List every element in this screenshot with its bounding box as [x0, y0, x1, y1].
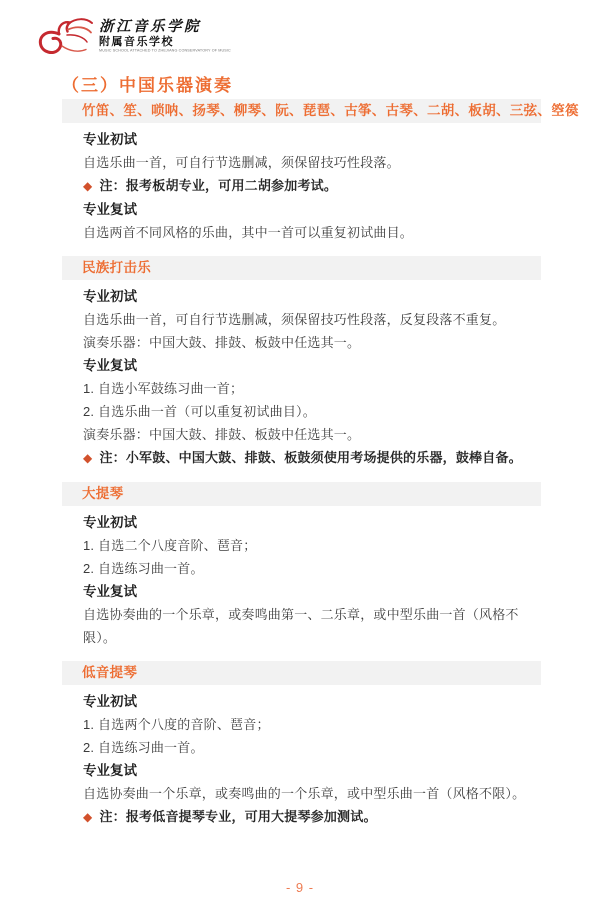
exam-requirement: 1. 自选小军鼓练习曲一首；: [83, 377, 541, 400]
section-folk-percussion: 民族打击乐 专业初试 自选乐曲一首，可自行节选删减，须保留技巧性段落，反复段落不…: [62, 256, 541, 470]
exam-round-heading: 专业初试: [83, 511, 541, 534]
exam-note: ◆注：报考低音提琴专业，可用大提琴参加测试。: [83, 805, 541, 829]
section-header-bar: 大提琴: [62, 482, 541, 506]
school-name-cn: 浙江音乐学院: [99, 18, 312, 35]
exam-requirement: 2. 自选练习曲一首。: [83, 557, 541, 580]
section-body: 专业初试 自选乐曲一首，可自行节选删减，须保留技巧性段落。 ◆注：报考板胡专业，…: [62, 123, 541, 244]
section-cello: 大提琴 专业初试 1. 自选二个八度音阶、琶音； 2. 自选练习曲一首。 专业复…: [62, 482, 541, 649]
section-header-bar: 竹笛、笙、唢呐、扬琴、柳琴、阮、琵琶、古筝、古琴、二胡、板胡、三弦、箜篌: [62, 99, 541, 123]
exam-round-heading: 专业复试: [83, 198, 541, 221]
section-header-label: 大提琴: [82, 486, 123, 501]
section-header-bar: 低音提琴: [62, 661, 541, 685]
exam-note: ◆注：报考板胡专业，可用二胡参加考试。: [83, 174, 541, 198]
section-body: 专业初试 1. 自选两个八度的音阶、琶音； 2. 自选练习曲一首。 专业复试 自…: [62, 685, 541, 829]
exam-note: ◆注：小军鼓、中国大鼓、排鼓、板鼓须使用考场提供的乐器，鼓棒自备。: [83, 446, 541, 470]
document-page: { "logo": { "school_name": "浙江音乐学院", "sc…: [0, 0, 600, 923]
diamond-bullet-icon: ◆: [83, 451, 92, 465]
exam-round-heading: 专业初试: [83, 285, 541, 308]
exam-round-heading: 专业初试: [83, 690, 541, 713]
exam-requirement: 自选协奏曲的一个乐章，或奏鸣曲第一、二乐章，或中型乐曲一首（风格不限）。: [83, 603, 541, 649]
section-body: 专业初试 自选乐曲一首，可自行节选删减，须保留技巧性段落，反复段落不重复。 演奏…: [62, 280, 541, 470]
section-double-bass: 低音提琴 专业初试 1. 自选两个八度的音阶、琶音； 2. 自选练习曲一首。 专…: [62, 661, 541, 829]
exam-round-heading: 专业复试: [83, 354, 541, 377]
diamond-bullet-icon: ◆: [83, 810, 92, 824]
page-title: （三）中国乐器演奏: [62, 76, 541, 95]
exam-requirement: 自选乐曲一首，可自行节选删减，须保留技巧性段落。: [83, 151, 541, 174]
exam-requirement: 演奏乐器：中国大鼓、排鼓、板鼓中任选其一。: [83, 331, 541, 354]
section-header-bar: 民族打击乐: [62, 256, 541, 280]
exam-round-heading: 专业复试: [83, 759, 541, 782]
phoenix-logo-icon: [33, 13, 95, 59]
exam-requirement: 1. 自选两个八度的音阶、琶音；: [83, 713, 541, 736]
section-header-label: 低音提琴: [82, 665, 137, 680]
note-text: 注：报考低音提琴专业，可用大提琴参加测试。: [99, 809, 376, 824]
logo-text-block: 浙江音乐学院 附属音乐学校 MUSIC SCHOOL ATTACHED TO Z…: [99, 18, 312, 55]
exam-requirement: 自选协奏曲一个乐章，或奏鸣曲的一个乐章，或中型乐曲一首（风格不限）。: [83, 782, 541, 805]
note-text: 注：小军鼓、中国大鼓、排鼓、板鼓须使用考场提供的乐器，鼓棒自备。: [99, 450, 521, 465]
school-logo: 浙江音乐学院 附属音乐学校 MUSIC SCHOOL ATTACHED TO Z…: [33, 13, 312, 59]
exam-requirement: 演奏乐器：中国大鼓、排鼓、板鼓中任选其一。: [83, 423, 541, 446]
exam-round-heading: 专业复试: [83, 580, 541, 603]
school-name-en: MUSIC SCHOOL ATTACHED TO ZHEJIANG CONSER…: [99, 49, 231, 53]
page-number: - 9 -: [0, 880, 600, 895]
section-chinese-instruments: 竹笛、笙、唢呐、扬琴、柳琴、阮、琵琶、古筝、古琴、二胡、板胡、三弦、箜篌 专业初…: [62, 99, 541, 244]
exam-round-heading: 专业初试: [83, 128, 541, 151]
exam-requirement: 2. 自选练习曲一首。: [83, 736, 541, 759]
section-body: 专业初试 1. 自选二个八度音阶、琶音； 2. 自选练习曲一首。 专业复试 自选…: [62, 506, 541, 649]
school-name-sub: 附属音乐学校: [99, 35, 312, 49]
diamond-bullet-icon: ◆: [83, 179, 92, 193]
exam-requirement: 自选乐曲一首，可自行节选删减，须保留技巧性段落，反复段落不重复。: [83, 308, 541, 331]
section-header-label: 竹笛、笙、唢呐、扬琴、柳琴、阮、琵琶、古筝、古琴、二胡、板胡、三弦、箜篌: [82, 103, 579, 118]
section-header-label: 民族打击乐: [82, 260, 151, 275]
exam-requirement: 2. 自选乐曲一首（可以重复初试曲目）。: [83, 400, 541, 423]
exam-requirement: 自选两首不同风格的乐曲，其中一首可以重复初试曲目。: [83, 221, 541, 244]
exam-requirement: 1. 自选二个八度音阶、琶音；: [83, 534, 541, 557]
page-content: （三）中国乐器演奏 竹笛、笙、唢呐、扬琴、柳琴、阮、琵琶、古筝、古琴、二胡、板胡…: [62, 76, 541, 841]
note-text: 注：报考板胡专业，可用二胡参加考试。: [99, 178, 337, 193]
